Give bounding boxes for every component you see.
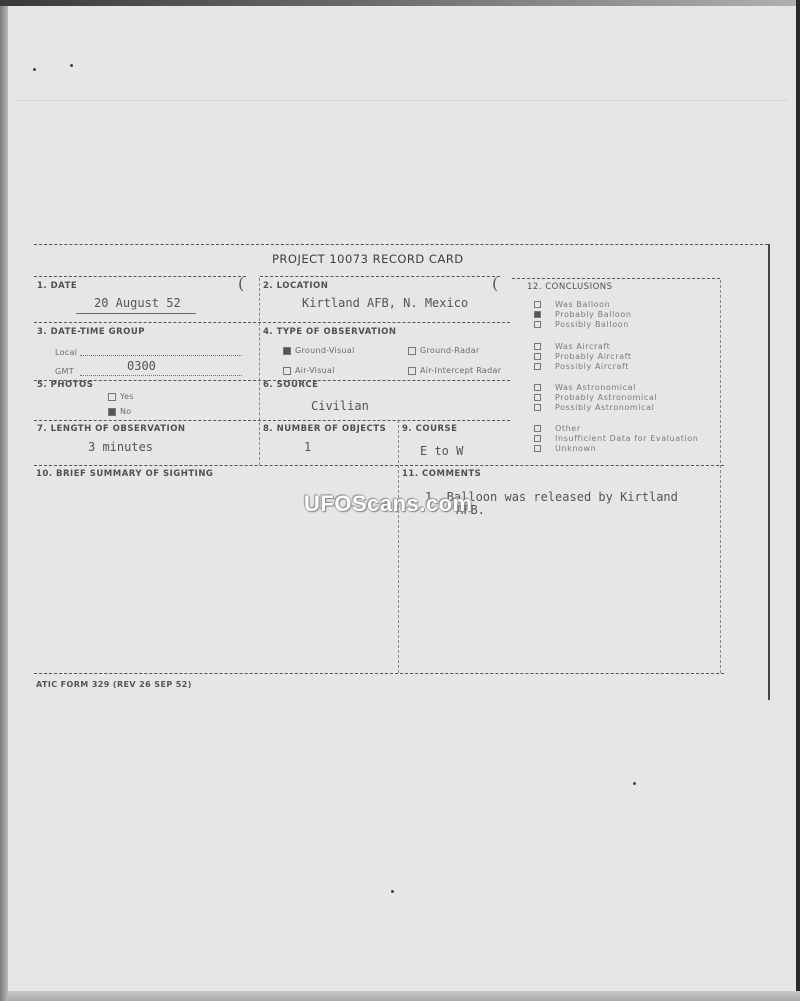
option-label: Ground-Radar xyxy=(420,346,479,355)
paren-mark: ( xyxy=(238,274,244,293)
checkbox xyxy=(534,363,541,370)
conclusion-label: Was Aircraft xyxy=(555,342,610,351)
gmt-field-line xyxy=(80,375,242,376)
row-rule-1b xyxy=(260,276,500,277)
conclusion-probably-aircraft: Probably Aircraft xyxy=(534,352,632,362)
conclusion-label: Probably Aircraft xyxy=(555,352,632,361)
photos-label: 5. PHOTOS xyxy=(37,380,93,390)
conclusions-right-border xyxy=(720,280,721,673)
number-of-objects-label: 8. NUMBER OF OBJECTS xyxy=(263,424,386,434)
paren-mark: ( xyxy=(492,274,498,293)
paper-speck xyxy=(633,782,636,785)
watermark: UFOScans.com xyxy=(304,491,473,517)
length-of-observation-label: 7. LENGTH OF OBSERVATION xyxy=(37,424,186,434)
conclusion-possibly-astronomical: Possibly Astronomical xyxy=(534,403,657,413)
conclusion-label: Other xyxy=(555,424,581,433)
checkbox-air-intercept-radar xyxy=(408,367,416,375)
checkbox-photos-no xyxy=(108,408,116,416)
location-value: Kirtland AFB, N. Mexico xyxy=(302,296,468,310)
option-ground-radar: Ground-Radar xyxy=(408,346,479,355)
row-rule-1c xyxy=(512,278,720,279)
checkbox xyxy=(534,435,541,442)
row-rule-5 xyxy=(34,465,724,466)
scan-edge-right xyxy=(796,0,800,1001)
conclusion-label: Possibly Astronomical xyxy=(555,403,654,412)
source-value: Civilian xyxy=(311,399,369,413)
conclusion-label: Possibly Balloon xyxy=(555,320,629,329)
conclusions-group-balloon: Was Balloon Probably Balloon Possibly Ba… xyxy=(534,300,632,330)
date-label: 1. DATE xyxy=(37,281,77,291)
length-of-observation-value: 3 minutes xyxy=(88,440,153,454)
col-divider-2 xyxy=(398,420,399,673)
checkbox-ground-radar xyxy=(408,347,416,355)
form-id: ATIC FORM 329 (REV 26 SEP 52) xyxy=(36,680,192,689)
local-label: Local xyxy=(55,348,77,357)
conclusion-insufficient-data: Insufficient Data for Evaluation xyxy=(534,434,698,444)
paper-speck xyxy=(33,68,36,71)
gmt-label: GMT xyxy=(55,367,74,376)
checkbox-checked xyxy=(534,311,541,318)
checkbox xyxy=(534,394,541,401)
checkbox xyxy=(534,384,541,391)
course-value: E to W xyxy=(420,444,463,458)
checkbox xyxy=(534,425,541,432)
conclusion-was-astronomical: Was Astronomical xyxy=(534,383,657,393)
option-air-intercept-radar: Air-Intercept Radar xyxy=(408,366,501,375)
conclusion-label: Insufficient Data for Evaluation xyxy=(555,434,698,443)
paper-speck xyxy=(70,64,73,67)
location-label: 2. LOCATION xyxy=(263,281,328,291)
conclusion-other: Other xyxy=(534,424,698,434)
conclusion-label: Probably Astronomical xyxy=(555,393,657,402)
conclusion-probably-astronomical: Probably Astronomical xyxy=(534,393,657,403)
comments-label: 11. COMMENTS xyxy=(402,469,481,479)
checkbox-ground-visual xyxy=(283,347,291,355)
date-time-group-label: 3. DATE-TIME GROUP xyxy=(37,327,145,337)
conclusions-group-aircraft: Was Aircraft Probably Aircraft Possibly … xyxy=(534,342,632,372)
card-bottom-rule xyxy=(34,673,724,674)
conclusions-group-astronomical: Was Astronomical Probably Astronomical P… xyxy=(534,383,657,413)
option-label: Ground-Visual xyxy=(295,346,355,355)
checkbox xyxy=(534,445,541,452)
checkbox-photos-yes xyxy=(108,393,116,401)
row-rule-1a xyxy=(34,276,246,277)
option-ground-visual: Ground-Visual xyxy=(283,346,355,355)
local-field-line xyxy=(80,355,242,356)
number-of-objects-value: 1 xyxy=(304,440,311,454)
conclusion-was-balloon: Was Balloon xyxy=(534,300,632,310)
row-rule-4 xyxy=(34,420,510,421)
paper-speck xyxy=(391,890,394,893)
conclusions-group-other: Other Insufficient Data for Evaluation U… xyxy=(534,424,698,454)
conclusion-label: Was Balloon xyxy=(555,300,610,309)
date-underline xyxy=(76,313,196,314)
date-value: 20 August 52 xyxy=(94,296,181,310)
option-air-visual: Air-Visual xyxy=(283,366,335,375)
col-divider-1 xyxy=(259,278,260,465)
option-label: No xyxy=(120,407,131,416)
card-top-rule xyxy=(196,244,768,245)
checkbox xyxy=(534,301,541,308)
card-top-rule-left xyxy=(34,244,194,245)
conclusion-label: Possibly Aircraft xyxy=(555,362,629,371)
gmt-value: 0300 xyxy=(127,359,156,373)
checkbox-air-visual xyxy=(283,367,291,375)
checkbox xyxy=(534,404,541,411)
conclusion-was-aircraft: Was Aircraft xyxy=(534,342,632,352)
option-label: Air-Intercept Radar xyxy=(420,366,501,375)
conclusion-probably-balloon: Probably Balloon xyxy=(534,310,632,320)
option-photos-no: No xyxy=(108,407,131,416)
row-rule-2 xyxy=(34,322,510,323)
conclusion-label: Was Astronomical xyxy=(555,383,636,392)
conclusions-label: 12. CONCLUSIONS xyxy=(527,282,613,292)
course-label: 9. COURSE xyxy=(402,424,457,434)
card-right-border xyxy=(768,244,770,700)
option-label: Air-Visual xyxy=(295,366,335,375)
card-title: PROJECT 10073 RECORD CARD xyxy=(272,252,464,266)
type-of-observation-label: 4. TYPE OF OBSERVATION xyxy=(263,327,396,337)
conclusion-possibly-aircraft: Possibly Aircraft xyxy=(534,362,632,372)
paper-crease xyxy=(18,100,788,101)
source-label: 6. SOURCE xyxy=(263,380,318,390)
checkbox xyxy=(534,321,541,328)
option-label: Yes xyxy=(120,392,134,401)
scan-edge-bottom xyxy=(8,991,800,1001)
conclusion-unknown: Unknown xyxy=(534,444,698,454)
option-photos-yes: Yes xyxy=(108,392,134,401)
conclusion-label: Probably Balloon xyxy=(555,310,632,319)
checkbox xyxy=(534,353,541,360)
brief-summary-label: 10. BRIEF SUMMARY OF SIGHTING xyxy=(36,469,213,479)
conclusion-label: Unknown xyxy=(555,444,596,453)
scan-edge-left xyxy=(0,6,8,1001)
checkbox xyxy=(534,343,541,350)
conclusion-possibly-balloon: Possibly Balloon xyxy=(534,320,632,330)
